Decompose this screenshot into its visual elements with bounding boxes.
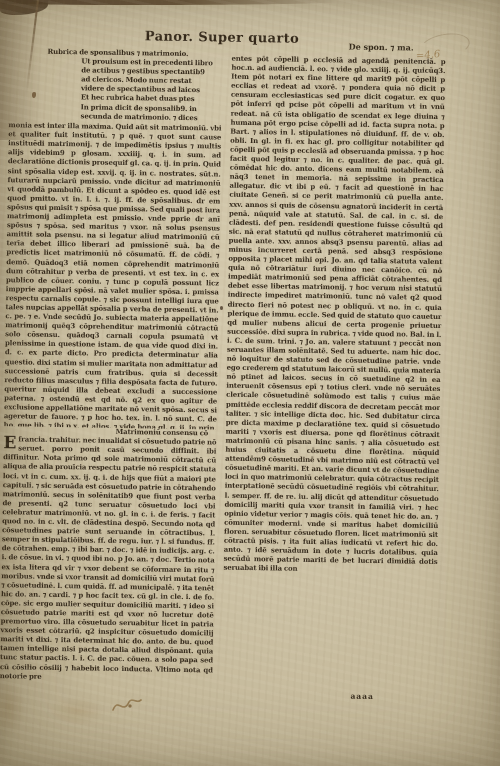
drop-cap-initial: E <box>3 435 18 451</box>
commentary-paragraph: monia est inter illa maxima. Quid aūt si… <box>4 121 222 429</box>
running-header-title: Panor. Super quarto <box>145 29 300 46</box>
running-header-chapter: De spon. ⁊ ma. <box>349 42 414 53</box>
rubric-summary-inset: Ut prouisum est in precedenti libro de a… <box>80 57 222 124</box>
ink-speck <box>220 306 223 310</box>
text-column-left: Rubrica de sponsalibus ⁊ matrimonio. Ut … <box>0 47 223 703</box>
commentary-paragraph: entes pōt cōpelli p ecclesiā ad agendā p… <box>222 55 446 694</box>
paper-stain <box>48 696 106 726</box>
chapter-commentary-paragraph: Efrancia. trahitur. nec inualidat si cōs… <box>0 435 217 702</box>
chapter-commentary-text: francia. trahitur. nec inualidat si cōsu… <box>0 436 217 681</box>
text-column-right: entes pōt cōpelli p ecclesiā ad agendā p… <box>222 55 446 694</box>
printed-text-area: Panor. Super quarto De spon. ⁊ ma. Rubri… <box>0 0 500 766</box>
quire-signature-mark: aaaa <box>350 692 374 701</box>
ink-flourish-mark <box>110 694 144 718</box>
book-page-photo: Panor. Super quarto De spon. ⁊ ma. Rubri… <box>0 0 500 766</box>
